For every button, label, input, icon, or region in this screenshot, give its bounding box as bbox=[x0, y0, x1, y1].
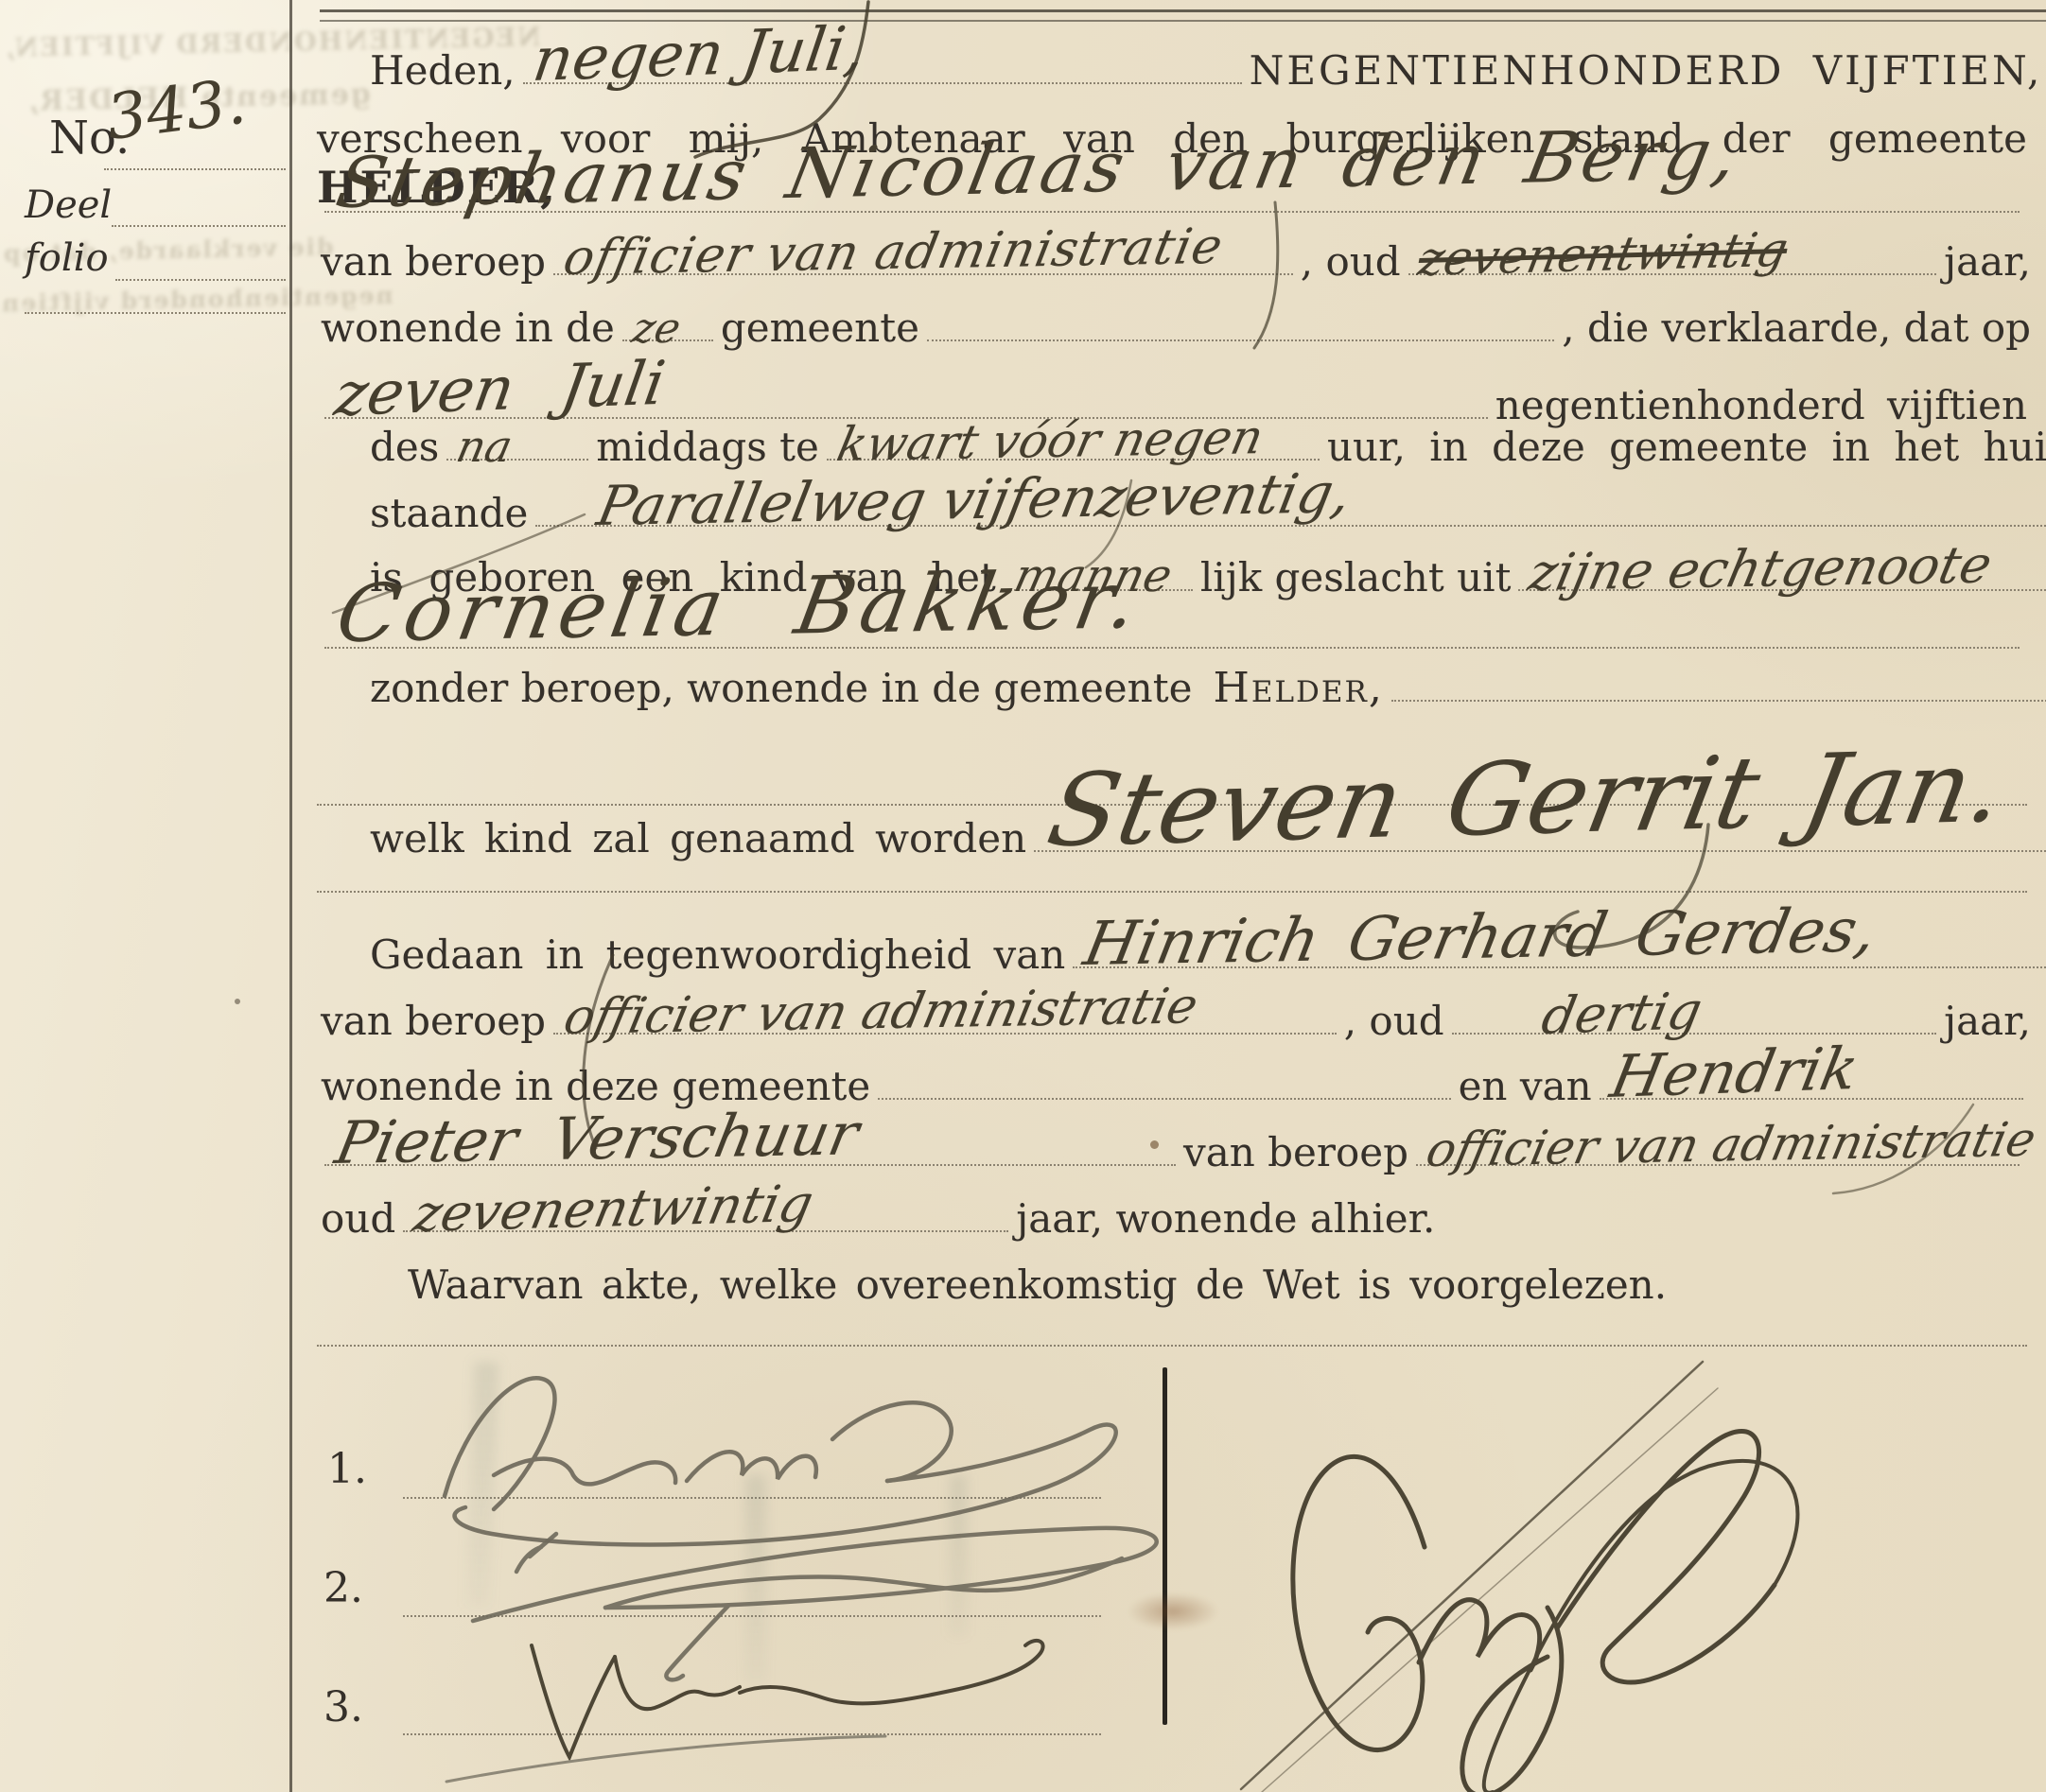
ze-entry-line: ze bbox=[622, 334, 713, 341]
deel-line bbox=[112, 223, 286, 227]
printed-des: des bbox=[370, 424, 439, 470]
gemeente-entry-line bbox=[927, 334, 1554, 341]
printed-helder-smallcaps: Helder, bbox=[1213, 664, 1383, 712]
line-mother-name: Cornelia Bakker. bbox=[317, 641, 2027, 649]
time-entry-line: kwart vóór negen bbox=[827, 453, 1320, 461]
printed-van-beroep-2: van beroep bbox=[321, 998, 546, 1044]
line-wonende: wonende in de ze gemeente , die verklaar… bbox=[317, 304, 2031, 351]
date-entry-line: negen Juli, bbox=[523, 77, 1242, 84]
act-number-value: 343. bbox=[103, 65, 250, 154]
blank-dotted-line-2 bbox=[317, 889, 2027, 893]
printed-oud-2: , oud bbox=[1344, 998, 1444, 1044]
handwritten-address: Parallelweg vijfenzeventig, bbox=[592, 461, 1356, 538]
line-beroep-oud: van beroep officier van administratie , … bbox=[317, 238, 2031, 285]
printed-middags-te: middags te bbox=[596, 424, 819, 470]
signature-3-line bbox=[403, 1731, 1101, 1735]
child-name-line: Steven Gerrit Jan. bbox=[1034, 844, 2046, 852]
act-number-line bbox=[104, 166, 286, 170]
signature-separator-line bbox=[317, 1343, 2027, 1347]
line-closing: Waarvan akte, welke overeenkomstig de We… bbox=[317, 1261, 2046, 1308]
deel-label: Deel bbox=[25, 183, 112, 227]
signature-3-number: 3. bbox=[324, 1683, 363, 1731]
line-witness2-name: Pieter Verschuur van beroep officier van… bbox=[317, 1129, 2027, 1175]
handwritten-witness1-name: Hinrich Gerhard Gerdes, bbox=[1078, 896, 1882, 980]
witness2-firstname-line: Hendrik bbox=[1600, 1092, 2023, 1100]
line-declarant-name: Stephanus Nicolaas van den Berg, bbox=[317, 205, 2027, 213]
handwritten-date: negen Juli, bbox=[529, 14, 869, 96]
birth-certificate-page: NEGENTIENHONDERD VIJFTIEN, gemeente HELD… bbox=[0, 0, 2046, 1792]
witness2-name-line: Pieter Verschuur bbox=[324, 1158, 1176, 1166]
printed-die-verklaarde: , die verklaarde, dat op bbox=[1562, 304, 2031, 351]
top-rule bbox=[320, 9, 2046, 12]
handwritten-birthdate: zeven Juli bbox=[330, 349, 670, 430]
handwritten-relation: zijne echtgenoote bbox=[1524, 535, 1997, 602]
handwritten-witness2-occupation: officier van administratie bbox=[1422, 1112, 2040, 1177]
signature-column-divider bbox=[1163, 1367, 1167, 1725]
handwritten-mother-name: Cornelia Bakker. bbox=[330, 553, 1149, 660]
ink-smudge bbox=[1128, 1592, 1218, 1630]
handwritten-witness2-age: zevenentwintig bbox=[409, 1174, 818, 1244]
printed-gedaan: Gedaan in tegenwoordigheid van bbox=[370, 931, 1065, 978]
handwritten-witness2-firstname: Hendrik bbox=[1605, 1034, 1864, 1111]
line-address: staande Parallelweg vijfenzeventig, bbox=[317, 490, 2046, 536]
handwritten-child-name: Steven Gerrit Jan. bbox=[1040, 728, 2013, 869]
printed-jaar-2: jaar, bbox=[1944, 998, 2031, 1044]
printed-wonende-in-de: wonende in de bbox=[321, 304, 615, 351]
line-witness2-intro: wonende in deze gemeente en van Hendrik bbox=[317, 1063, 2031, 1109]
printed-jaar: jaar, bbox=[1944, 238, 2031, 285]
handwritten-witness1-age: dertig bbox=[1537, 981, 1706, 1046]
witness2-age-line: zevenentwintig bbox=[403, 1225, 1008, 1232]
line-witness2-age: oud zevenentwintig jaar, wonende alhier. bbox=[317, 1195, 2031, 1242]
printed-en-van: en van bbox=[1459, 1063, 1592, 1109]
printed-uur-huis: uur, in deze gemeente in het huis, bbox=[1327, 424, 2046, 470]
residence-trailing-line bbox=[1391, 694, 2046, 702]
address-entry-line: Parallelweg vijfenzeventig, bbox=[535, 519, 2046, 527]
handwritten-ze: ze bbox=[628, 304, 685, 353]
printed-oud-3: oud bbox=[321, 1195, 395, 1242]
printed-heden: Heden, bbox=[370, 47, 516, 94]
handwritten-occupation: officier van administratie bbox=[559, 218, 1228, 287]
handwritten-witness2-name: Pieter Verschuur bbox=[330, 1099, 865, 1177]
printed-jaar-alhier: jaar, wonende alhier. bbox=[1016, 1195, 1435, 1242]
line-witness-1: Gedaan in tegenwoordigheid van Hinrich G… bbox=[317, 931, 2046, 978]
margin-blank-line bbox=[25, 310, 286, 314]
witness2-occupation-line: officier van administratie bbox=[1416, 1158, 2020, 1166]
pencil-streak bbox=[950, 1475, 967, 1636]
pencil-streak bbox=[745, 1475, 766, 1683]
printed-year-words: NEGENTIENHONDERD VIJFTIEN, bbox=[1250, 47, 2043, 94]
mother-name-line: Cornelia Bakker. bbox=[324, 641, 2020, 649]
daypart-entry-line: na bbox=[446, 453, 588, 461]
signature-1-van-den-berg bbox=[445, 1378, 1116, 1544]
signature-2-number: 2. bbox=[324, 1564, 363, 1612]
line-date: Heden, negen Juli, NEGENTIENHONDERD VIJF… bbox=[317, 47, 2046, 94]
occupation-entry-line: officier van administratie bbox=[553, 268, 1293, 275]
paper-fleck bbox=[235, 999, 240, 1004]
blank-fill-line bbox=[878, 1092, 1450, 1100]
printed-van-beroep-3: van beroep bbox=[1183, 1129, 1408, 1175]
handwritten-age: zevenentwintig bbox=[1414, 222, 1792, 287]
witness1-name-line: Hinrich Gerhard Gerdes, bbox=[1073, 961, 2046, 968]
printed-van-beroep: van beroep bbox=[321, 238, 546, 285]
pencil-streak bbox=[465, 1362, 498, 1609]
mother-relation-line: zijne echtgenoote bbox=[1518, 583, 2046, 591]
handwritten-witness1-occupation: officier van administratie bbox=[559, 978, 1203, 1046]
handwritten-daypart: na bbox=[452, 421, 517, 472]
margin-rule bbox=[289, 0, 292, 1792]
paper-fleck bbox=[1150, 1140, 1159, 1149]
folio-line bbox=[115, 277, 286, 281]
printed-waarvan-akte: Waarvan akte, welke overeenkomstig de We… bbox=[408, 1261, 1667, 1308]
top-rule-2 bbox=[320, 20, 2046, 22]
printed-lijk-geslacht: lijk geslacht uit bbox=[1200, 554, 1512, 600]
witness1-occupation-line: officier van administratie bbox=[553, 1027, 1337, 1035]
signature-1-number: 1. bbox=[327, 1445, 367, 1493]
signature-2-gerdes bbox=[473, 1528, 1157, 1679]
printed-zonder-beroep: zonder beroep, wonende in de gemeente bbox=[370, 665, 1192, 711]
line-child-name: welk kind zal genaamd worden Steven Gerr… bbox=[317, 815, 2046, 861]
printed-year-words-2: negentienhonderd vijftien bbox=[1495, 382, 2027, 428]
printed-gemeente: gemeente bbox=[721, 304, 919, 351]
printed-staande: staande bbox=[370, 490, 528, 536]
line-mother-residence: zonder beroep, wonende in de gemeente He… bbox=[317, 664, 2046, 712]
printed-oud: , oud bbox=[1301, 238, 1401, 285]
printed-welk-kind: welk kind zal genaamd worden bbox=[370, 815, 1026, 861]
folio-label: folio bbox=[25, 236, 109, 280]
age-entry-line: zevenentwintig bbox=[1408, 268, 1936, 275]
declarant-name-line: Stephanus Nicolaas van den Berg, bbox=[324, 205, 2020, 213]
registrar-signature bbox=[1241, 1362, 1797, 1792]
